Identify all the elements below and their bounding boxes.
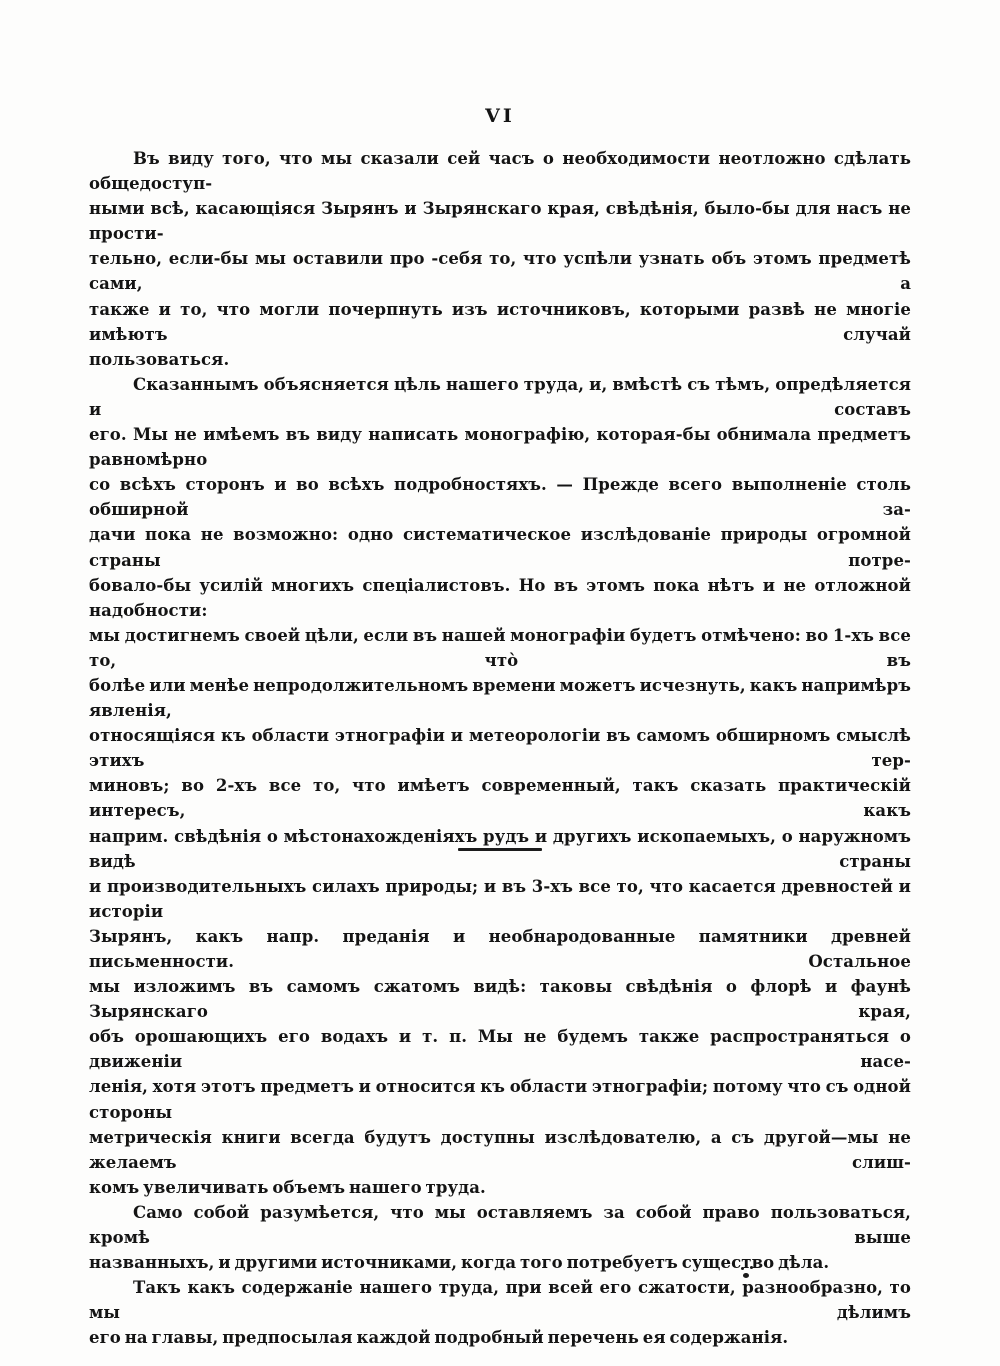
text-line: и производительныхъ силахъ природы; и въ… <box>89 874 911 924</box>
text-line: болѣе или менѣе непродолжительномъ време… <box>89 673 911 723</box>
text-line: метрическія книги всегда будутъ доступны… <box>89 1125 911 1175</box>
paragraph: Само собой разумѣется, что мы оставляемъ… <box>89 1200 911 1275</box>
text-line: тельно, если-бы мы оставили про -себя то… <box>89 246 911 296</box>
text-line: относящіяся къ области этнографіи и мете… <box>89 723 911 773</box>
text-line: пользоваться. <box>89 347 911 372</box>
text-line: бовало-бы усилій многихъ спеціалистовъ. … <box>89 573 911 623</box>
ink-speck-artifact <box>736 1262 760 1280</box>
text-line: ленія, хотя этотъ предметъ и относится к… <box>89 1074 911 1124</box>
paragraph: Въ виду того, что мы сказали сей часъ о … <box>89 146 911 372</box>
text-line: комъ увеличивать объемъ нашего труда. <box>89 1175 911 1200</box>
scanned-book-page: VI Въ виду того, что мы сказали сей часъ… <box>0 0 1000 1366</box>
text-line: также и то, что могли почерпнуть изъ ист… <box>89 297 911 347</box>
paragraph: Сказаннымъ объясняется цѣль нашего труда… <box>89 372 911 1200</box>
text-line: Зырянъ, какъ напр. преданія и необнародо… <box>89 924 911 974</box>
text-line: Такъ какъ содержаніе нашего труда, при в… <box>89 1275 911 1325</box>
text-line: Сказаннымъ объясняется цѣль нашего труда… <box>89 372 911 422</box>
text-block: Въ виду того, что мы сказали сей часъ о … <box>89 146 911 1351</box>
text-line: его на главы, предпосылая каждой подробн… <box>89 1325 911 1350</box>
text-line: объ орошающихъ его водахъ и т. п. Мы не … <box>89 1024 911 1074</box>
text-line: со всѣхъ сторонъ и во всѣхъ подробностях… <box>89 472 911 522</box>
section-divider-rule <box>458 848 542 851</box>
text-line: его. Мы не имѣемъ въ виду написать моног… <box>89 422 911 472</box>
text-line: названныхъ, и другими источниками, когда… <box>89 1250 911 1275</box>
page-number: VI <box>0 105 1000 127</box>
text-line: миновъ; во 2-хъ все то, что имѣетъ совре… <box>89 773 911 823</box>
text-line: мы изложимъ въ самомъ сжатомъ видѣ: тако… <box>89 974 911 1024</box>
text-line: мы достигнемъ своей цѣли, если въ нашей … <box>89 623 911 673</box>
text-line: Въ виду того, что мы сказали сей часъ о … <box>89 146 911 196</box>
text-line: Само собой разумѣется, что мы оставляемъ… <box>89 1200 911 1250</box>
text-line: дачи пока не возможно: одно систематичес… <box>89 522 911 572</box>
paragraph: Такъ какъ содержаніе нашего труда, при в… <box>89 1275 911 1350</box>
text-line: ными всѣ, касающіяся Зырянъ и Зырянскаго… <box>89 196 911 246</box>
